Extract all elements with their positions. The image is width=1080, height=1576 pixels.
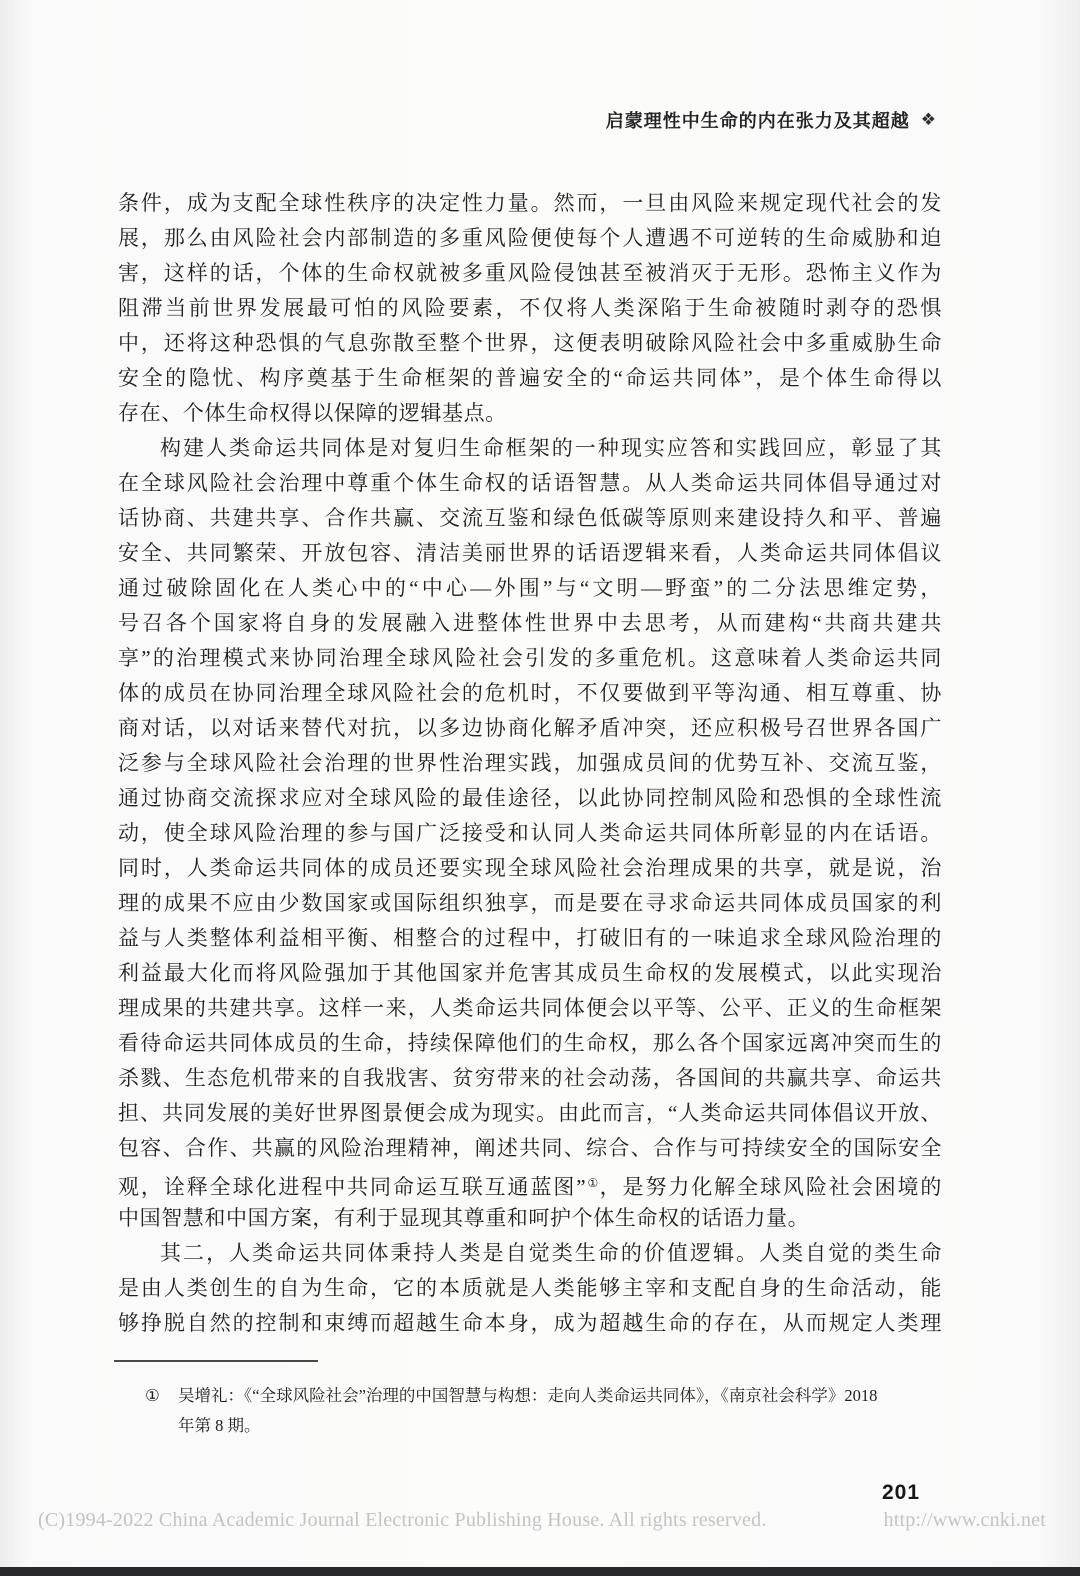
text-line: 中国智慧和中国方案，有利于显现其尊重和呵护个体生命权的话语力量。 [118, 1201, 942, 1236]
text-line: 条件，成为支配全球性秩序的决定性力量。然而，一旦由风险来规定现代社会的发 [118, 186, 942, 221]
text-line: 商对话，以对话来替代对抗，以多边协商化解矛盾冲突，还应积极号召世界各国广 [118, 711, 942, 746]
text-line: 害，这样的话，个体的生命权就被多重风险侵蚀甚至被消灭于无形。恐怖主义作为 [118, 256, 942, 291]
text-line: 存在、个体生命权得以保障的逻辑基点。 [118, 396, 942, 431]
text-line: 阻滞当前世界发展最可怕的风险要素，不仅将人类深陷于生命被随时剥夺的恐惧 [118, 291, 942, 326]
footnote: ① 吴增礼：《“全球风险社会”治理的中国智慧与构想：走向人类命运共同体》，《南京… [145, 1381, 945, 1441]
footnote-text-line1: 吴增礼：《“全球风险社会”治理的中国智慧与构想：走向人类命运共同体》，《南京社会… [178, 1381, 945, 1411]
text-line: 体的成员在协同治理全球风险社会的危机时，不仅要做到平等沟通、相互尊重、协 [118, 676, 942, 711]
text-line: 包容、合作、共赢的风险治理精神，阐述共同、综合、合作与可持续安全的国际安全 [118, 1131, 942, 1166]
text-line: 够挣脱自然的控制和束缚而超越生命本身，成为超越生命的存在，从而规定人类理 [118, 1306, 942, 1341]
footer-url: http://www.cnki.net [884, 1509, 1046, 1532]
text-line: 杀戮、生态危机带来的自我戕害、贫穷带来的社会动荡，各国间的共赢共享、命运共 [118, 1061, 942, 1096]
text-line: 其二，人类命运共同体秉持人类是自觉类生命的价值逻辑。人类自觉的类生命 [118, 1236, 942, 1271]
footer-watermark: (C)1994-2022 China Academic Journal Elec… [38, 1509, 1046, 1532]
text-line: 担、共同发展的美好世界图景便会成为现实。由此而言，“人类命运共同体倡议开放、 [118, 1096, 942, 1131]
text-line: 号召各个国家将自身的发展融入进整体性世界中去思考，从而建构“共商共建共 [118, 606, 942, 641]
running-head-title: 启蒙理性中生命的内在张力及其超越 [606, 107, 910, 133]
footnote-separator [114, 1360, 318, 1362]
text-line: 同时，人类命运共同体的成员还要实现全球风险社会治理成果的共享，就是说，治 [118, 851, 942, 886]
text-line: 构建人类命运共同体是对复归生命框架的一种现实应答和实践回应，彰显了其 [118, 431, 942, 466]
text-line: 通过协商交流探求应对全球风险的最佳途径，以此协同控制风险和恐惧的全球性流 [118, 781, 942, 816]
text-line: 在全球风险社会治理中尊重个体生命权的话语智慧。从人类命运共同体倡导通过对 [118, 466, 942, 501]
text-line: 话协商、共建共享、合作共赢、交流互鉴和绿色低碳等原则来建设持久和平、普遍 [118, 501, 942, 536]
text-line: 益与人类整体利益相平衡、相整合的过程中，打破旧有的一味追求全球风险治理的 [118, 921, 942, 956]
text-line: 享”的治理模式来协同治理全球风险社会引发的多重危机。这意味着人类命运共同 [118, 641, 942, 676]
text-line: 通过破除固化在人类心中的“中心—外围”与“文明—野蛮”的二分法思维定势， [118, 571, 942, 606]
running-head: 启蒙理性中生命的内在张力及其超越 ❖ [606, 107, 936, 133]
text-line: 看待命运共同体成员的生命，持续保障他们的生命权，那么各个国家远离冲突而生的 [118, 1026, 942, 1061]
text-line: 安全、共同繁荣、开放包容、清洁美丽世界的话语逻辑来看，人类命运共同体倡议 [118, 536, 942, 571]
text-line: 泛参与全球风险社会治理的世界性治理实践，加强成员间的优势互补、交流互鉴， [118, 746, 942, 781]
text-line: 观，诠释全球化进程中共同命运互联互通蓝图”①，是努力化解全球风险社会困境的 [118, 1166, 942, 1201]
text-line: 安全的隐忧、构序奠基于生命框架的普遍安全的“命运共同体”，是个体生命得以 [118, 361, 942, 396]
footnote-reference: ① [586, 1176, 599, 1190]
footer-copyright: (C)1994-2022 China Academic Journal Elec… [38, 1509, 767, 1532]
scan-edge-bar [0, 1567, 1080, 1576]
document-page: 启蒙理性中生命的内在张力及其超越 ❖ 条件，成为支配全球性秩序的决定性力量。然而… [0, 0, 1080, 1576]
text-line: 是由人类创生的自为生命，它的本质就是人类能够主宰和支配自身的生命活动，能 [118, 1271, 942, 1306]
body-text: 条件，成为支配全球性秩序的决定性力量。然而，一旦由风险来规定现代社会的发展，那么… [118, 186, 942, 1341]
text-line: 中，还将这种恐惧的气息弥散至整个世界，这便表明破除风险社会中多重威胁生命 [118, 326, 942, 361]
text-line: 理的成果不应由少数国家或国际组织独享，而是要在寻求命运共同体成员国家的利 [118, 886, 942, 921]
page-number: 201 [882, 1481, 920, 1505]
text-line: 理成果的共建共享。这样一来，人类命运共同体便会以平等、公平、正义的生命框架 [118, 991, 942, 1026]
diamond-ornament-icon: ❖ [921, 110, 936, 130]
footnote-text-line2: 年第 8 期。 [178, 1411, 945, 1441]
text-line: 利益最大化而将风险强加于其他国家并危害其成员生命权的发展模式，以此实现治 [118, 956, 942, 991]
footnote-marker: ① [145, 1381, 178, 1441]
text-line: 动，使全球风险治理的参与国广泛接受和认同人类命运共同体所彰显的内在话语。 [118, 816, 942, 851]
text-line: 展，那么由风险社会内部制造的多重风险便使每个人遭遇不可逆转的生命威胁和迫 [118, 221, 942, 256]
